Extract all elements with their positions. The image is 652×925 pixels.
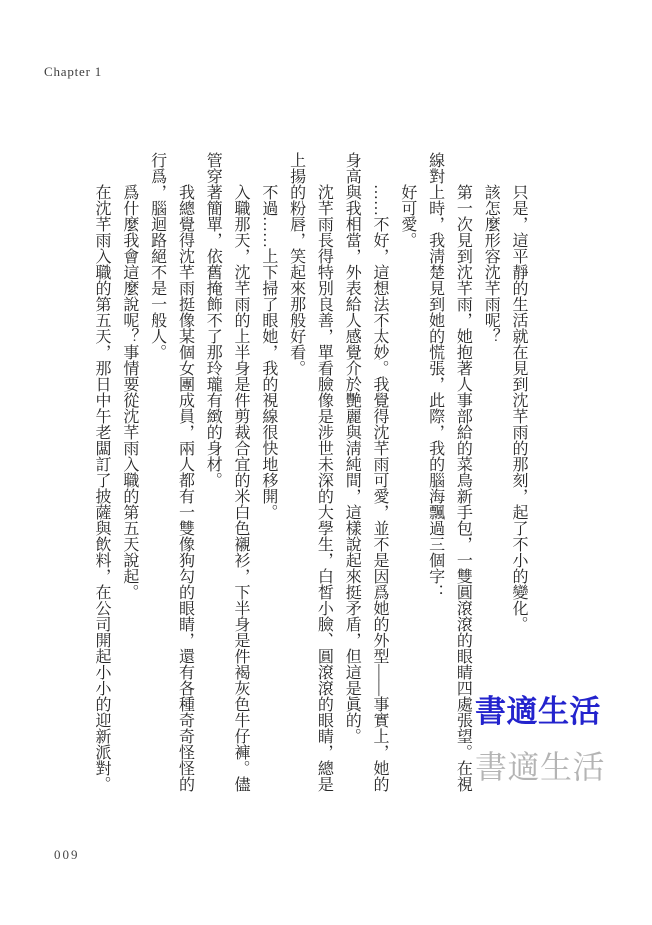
chapter-label: Chapter 1	[44, 64, 102, 80]
watermark-gray: 書適生活	[475, 742, 605, 788]
paragraph: 我總覺得沈芊雨挺像某個女團成員，兩人都有一雙像狗勾的眼睛，還有各種奇奇怪怪的行爲…	[143, 152, 199, 800]
paragraph: 不過……上下掃了眼她，我的視線很快地移開。	[254, 152, 282, 800]
watermark-blue: 書適生活	[475, 686, 601, 731]
vertical-text-block: 只是，這平靜的生活就在見到沈芊雨的那刻，起了不小的變化。該怎麼形容沈芊雨呢？第一…	[85, 152, 532, 800]
paragraph: 好可愛。	[393, 152, 421, 800]
paragraph: 爲什麼我會這麼說呢？事情要從沈芊雨入職的第五天說起。	[115, 152, 143, 800]
paragraph: 入職那天，沈芊雨的上半身是件剪裁合宜的米白色襯衫，下半身是件褐灰色牛仔褲。儘管穿…	[198, 152, 254, 800]
paragraph: 在沈芊雨入職的第五天，那日中午老闆訂了披薩與飲料，在公司開起小小的迎新派對。	[87, 152, 115, 800]
page-number: 009	[54, 847, 80, 863]
book-page: Chapter 1 只是，這平靜的生活就在見到沈芊雨的那刻，起了不小的變化。該怎…	[0, 0, 652, 925]
paragraph: ……不好，這想法不太妙。我覺得沈芊雨可愛，並不是因爲她的外型——事實上，她的身高…	[337, 152, 393, 800]
paragraph: 沈芊雨長得特別良善，單看臉像是涉世未深的大學生，白皙小臉、圓滾滾的眼睛，總是上揚…	[282, 152, 338, 800]
paragraph: 第一次見到沈芊雨，她抱著人事部給的菜鳥新手包，一雙圓滾滾的眼睛四處張望。在視線對…	[421, 152, 477, 800]
